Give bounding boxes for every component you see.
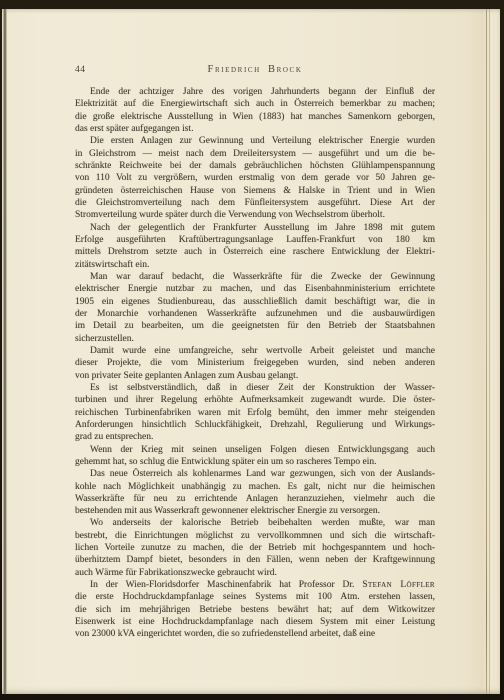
paragraph: Man war darauf bedacht, die Wasserkräfte… <box>75 271 435 345</box>
text-line: Wo anderseits der kalorische Betrieb bei… <box>75 517 435 529</box>
text-line: Eisenwerk ist eine Hochdruckdampfanlage … <box>75 616 435 628</box>
text-line: von 23000 kVA eingerichtet worden, die s… <box>75 628 435 640</box>
text-line: bestrebt, die Einrichtungen möglichst zu… <box>75 530 435 542</box>
paragraph: Das neue Österreich als kohlenarmes Land… <box>75 468 435 517</box>
text-line: auch Wärme für Fabrikationszwecke gebrau… <box>75 567 435 579</box>
text-line: turbinen und ihrer Regelung erhöhte Aufm… <box>75 394 435 406</box>
text-line: kohle nach Möglichkeit unabhängig zu mac… <box>75 481 435 493</box>
text-block: Ende der achtziger Jahre des vorigen Jah… <box>75 86 435 641</box>
text-line: von privater Seite geplanten Anlagen zum… <box>75 370 435 382</box>
text-line: Die ersten Anlagen zur Gewinnung und Ver… <box>75 135 435 147</box>
gutter-shadow-line <box>3 9 7 694</box>
text-line: gehemmt hat, so schlug die Entwicklung s… <box>75 456 435 468</box>
text-line: schränkte Reichweite bei der damals gebr… <box>75 160 435 172</box>
text-line: Anforderungen hinsichtlich Schluckfähigk… <box>75 419 435 431</box>
small-caps-name: Stefan Löffler <box>362 580 435 590</box>
text-line: zitätswirtschaft ein. <box>75 259 435 271</box>
paragraph: Wenn der Krieg mit seinen unseligen Folg… <box>75 444 435 469</box>
text-line: der Monarchie vorhandenen Wasserkräfte a… <box>75 308 435 320</box>
text-line: bestehenden mit aus Wasserkraft gewonnen… <box>75 505 435 517</box>
text-line: Erfolge ausgeführten Kraftübertragungsan… <box>75 234 435 246</box>
text-line: lichen Vorteile zunutze zu machen, die d… <box>75 542 435 554</box>
paragraph: Nach der gelegentlich der Frankfurter Au… <box>75 222 435 271</box>
text-line: überhitztem Dampf bietet, besonders in d… <box>75 554 435 566</box>
book-page: 44 Friedrich Brock Ende der achtziger Ja… <box>2 9 500 694</box>
text-line: 1905 ein eigenes Studienbureau, das auss… <box>75 296 435 308</box>
text-line: das erst später aufgegangen ist. <box>75 123 435 135</box>
paragraph: Es ist selbstverständlich, daß in dieser… <box>75 382 435 444</box>
page-edge-line-secondary <box>489 9 490 694</box>
text-line: elektrischer Energie nutzbar zu machen, … <box>75 283 435 295</box>
paragraph: Damit wurde eine umfangreiche, sehr wert… <box>75 345 435 382</box>
paragraph: In der Wien-Floridsdorfer Maschinenfabri… <box>75 579 435 641</box>
text-line: dieser Projekte, die vom Ministerium fre… <box>75 357 435 369</box>
text-line: Es ist selbstverständlich, daß in dieser… <box>75 382 435 394</box>
running-header: Friedrich Brock <box>75 64 435 75</box>
text-line: Ende der achtziger Jahre des vorigen Jah… <box>75 86 435 98</box>
text-line: von 110 Volt zu vergrößern, wurden erstm… <box>75 172 435 184</box>
text-line: Wasserkräfte für neu zu errichtende Anla… <box>75 493 435 505</box>
page-edge-line <box>486 9 487 694</box>
text-line: Elektrizität auf die Energiewirtschaft s… <box>75 98 435 110</box>
text-line: in Gleichstrom — meist nach dem Dreileit… <box>75 148 435 160</box>
text-line: Damit wurde eine umfangreiche, sehr wert… <box>75 345 435 357</box>
text-line: Stromverteilung wurde später durch die V… <box>75 209 435 221</box>
text-line: Wenn der Krieg mit seinen unseligen Folg… <box>75 444 435 456</box>
text-line: mittels Drehstrom setzte auch in Österre… <box>75 246 435 258</box>
text-line: sicherzustellen. <box>75 333 435 345</box>
text-line: die erste Hochdruckdampfanlage seines Sy… <box>75 591 435 603</box>
text-line: im Detail zu bearbeiten, um die geeignet… <box>75 320 435 332</box>
text-line: reichischen Turbinenfabriken waren mit E… <box>75 407 435 419</box>
paragraph: Die ersten Anlagen zur Gewinnung und Ver… <box>75 135 435 221</box>
text-line: In der Wien-Floridsdorfer Maschinenfabri… <box>75 579 435 591</box>
text-line: gründeten österreichischen Hause von Sie… <box>75 185 435 197</box>
text-line: die große elektrische Ausstellung in Wie… <box>75 111 435 123</box>
text-line: Man war darauf bedacht, die Wasserkräfte… <box>75 271 435 283</box>
text-line: grad zu entsprechen. <box>75 431 435 443</box>
text-line: Nach der gelegentlich der Frankfurter Au… <box>75 222 435 234</box>
paragraph: Ende der achtziger Jahre des vorigen Jah… <box>75 86 435 135</box>
text-line: die Gleichstromverteilung nach dem Fünfl… <box>75 197 435 209</box>
book-scan: 44 Friedrich Brock Ende der achtziger Ja… <box>0 0 504 700</box>
text-line: Das neue Österreich als kohlenarmes Land… <box>75 468 435 480</box>
text-line: die sich im mehrjährigen Betriebe besten… <box>75 604 435 616</box>
paragraph: Wo anderseits der kalorische Betrieb bei… <box>75 517 435 579</box>
